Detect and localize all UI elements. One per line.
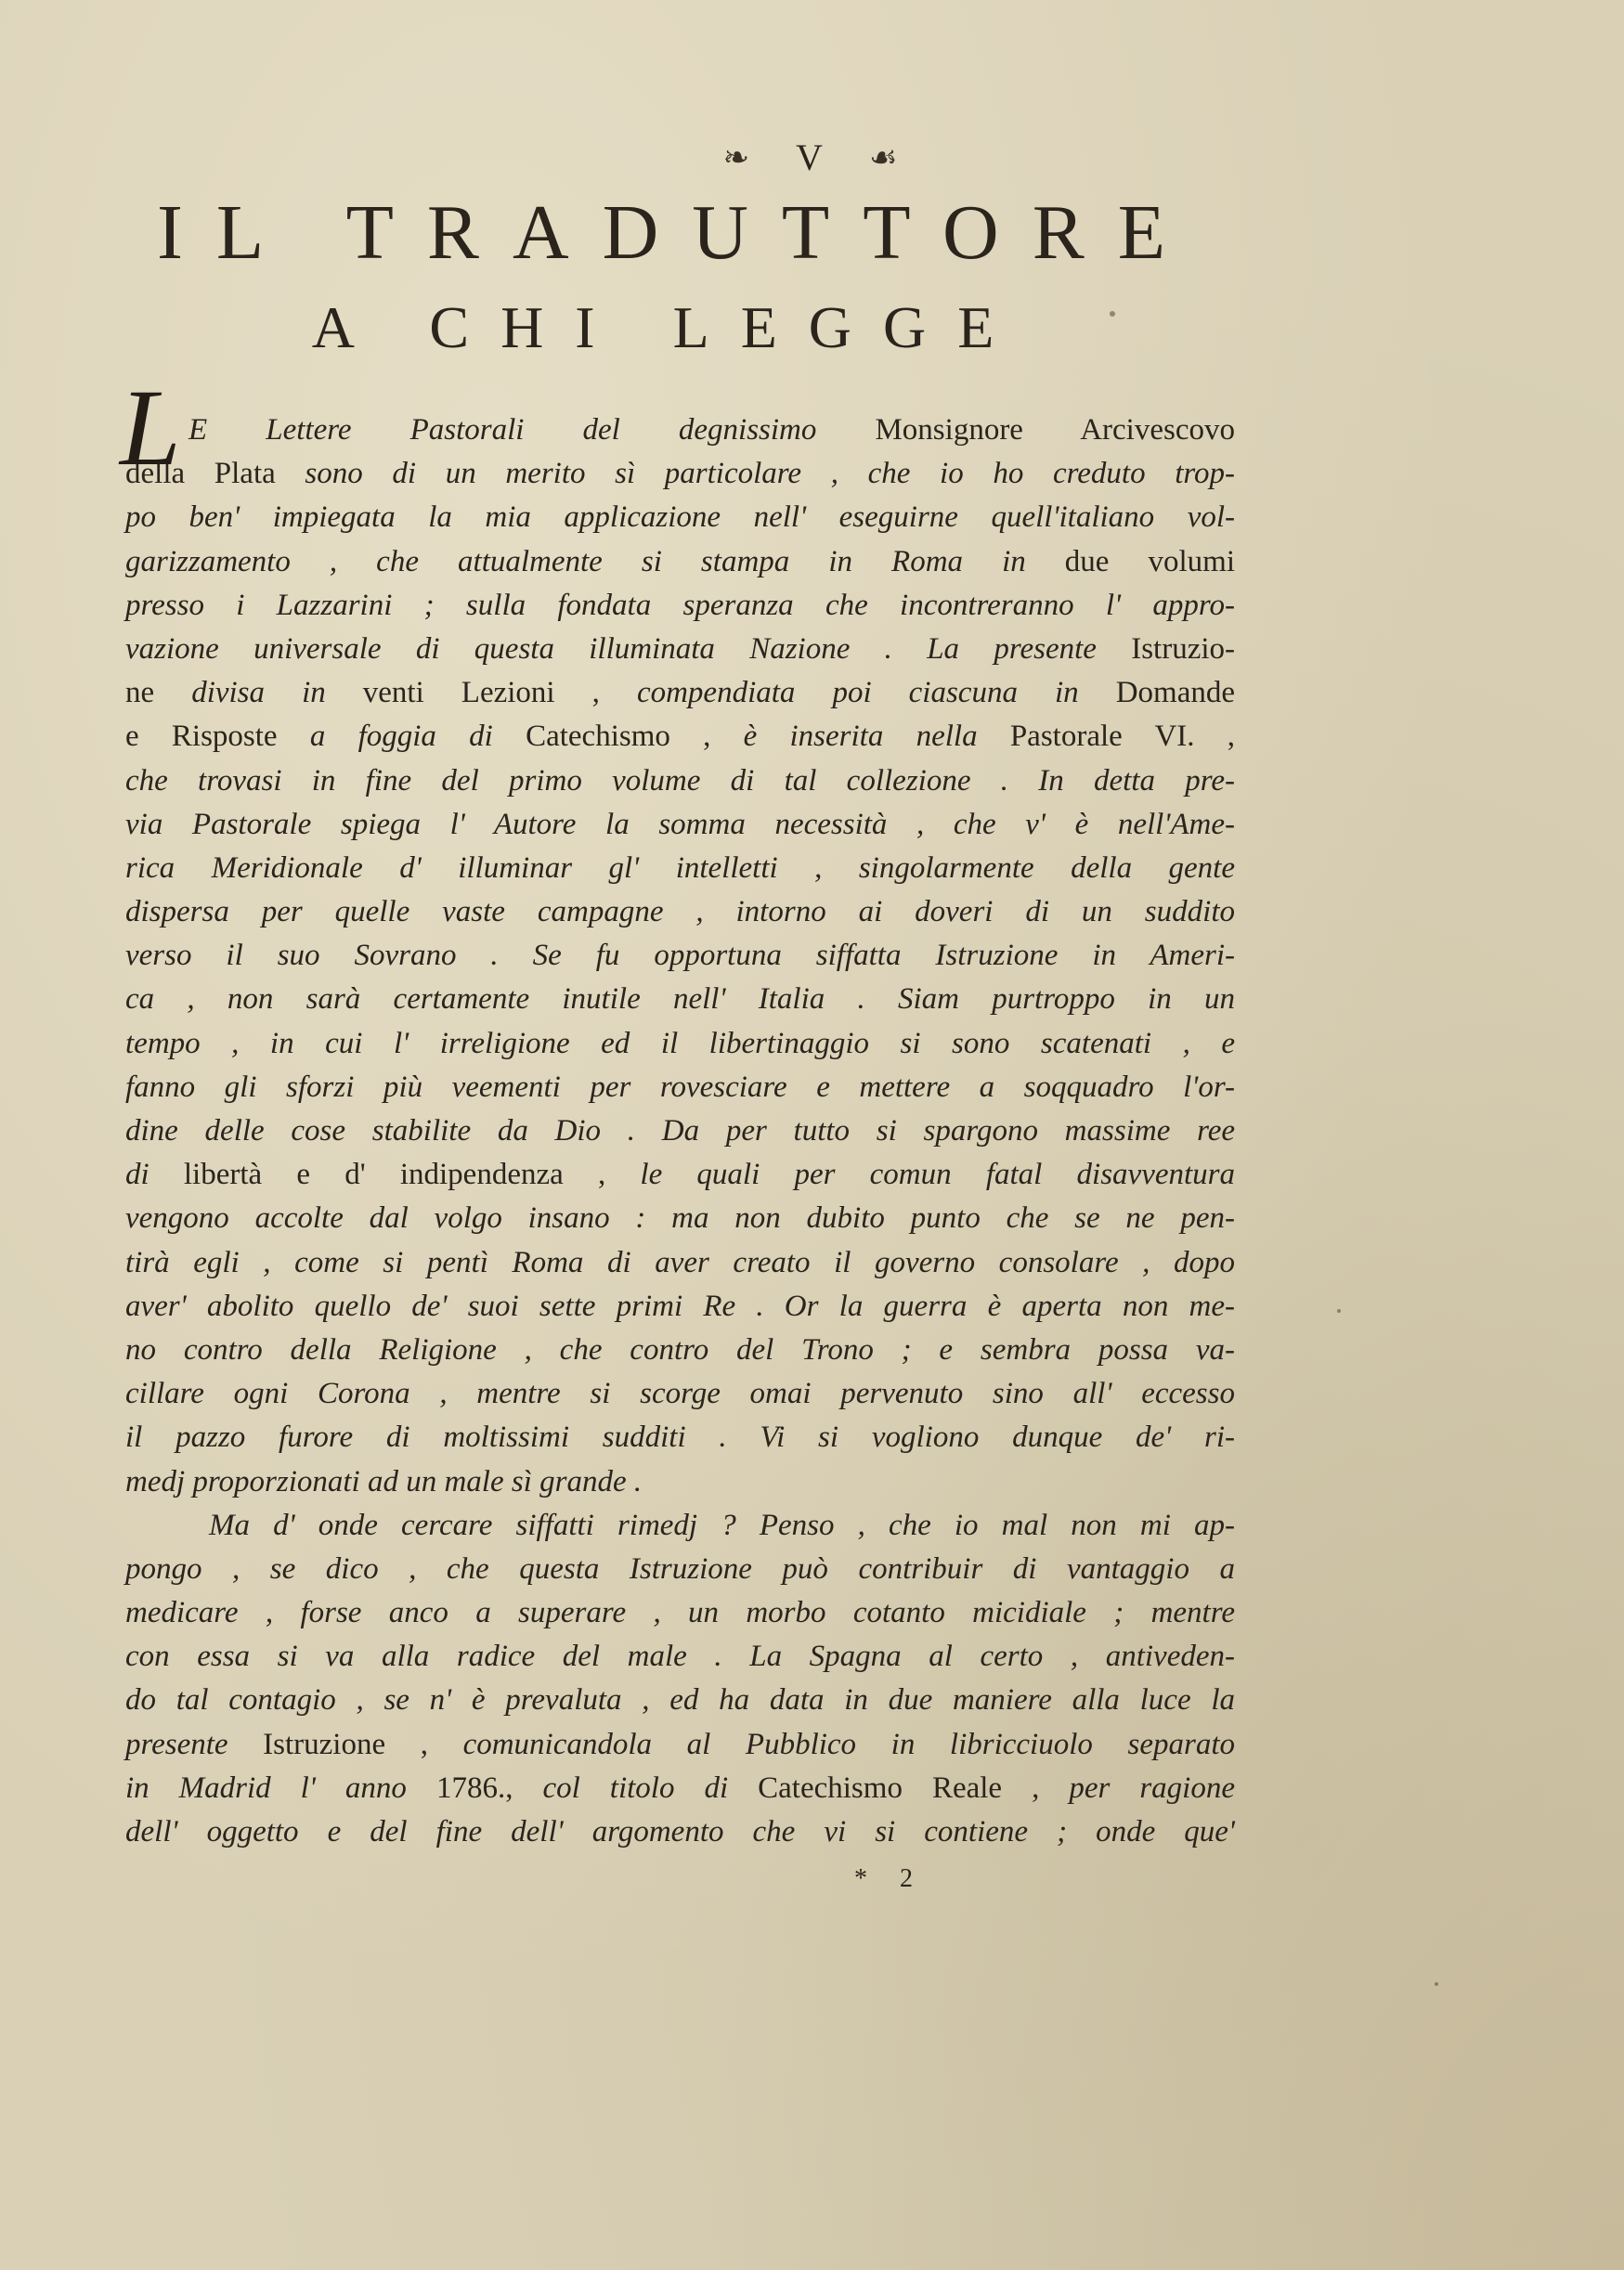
text-run: divisa in [191, 676, 363, 709]
text-run: Ma d' onde cercare siffatti rimedj ? Pen… [209, 1509, 1235, 1542]
text-run: comunicandola al Pubblico in libricciuol… [463, 1728, 1235, 1761]
text-run: Istruzione , [263, 1728, 462, 1761]
text-run: 1786., [436, 1771, 543, 1805]
text-run: e Risposte [125, 720, 310, 753]
text-line: tempo , in cui l' irreligione ed il libe… [125, 1022, 1235, 1066]
text-line: E Lettere Pastorali del degnissimo Monsi… [125, 409, 1235, 452]
text-run: Catechismo Reale , [758, 1771, 1069, 1805]
text-line: con essa si va alla radice del male . La… [125, 1635, 1235, 1679]
text-line: il pazzo furore di moltissimi sudditi . … [125, 1416, 1235, 1459]
text-line: po ben' impiegata la mia applicazione ne… [125, 496, 1235, 539]
text-run: medj proporzionati ad un male sì grande … [125, 1465, 642, 1498]
text-line: no contro della Religione , che contro d… [125, 1329, 1235, 1372]
text-run: compendiata poi ciascuna in [637, 676, 1116, 709]
text-run: due volumi [1065, 545, 1235, 578]
page-title: IL TRADUTTORE [139, 190, 1216, 276]
text-run: con essa si va alla radice del male . La… [125, 1640, 1235, 1673]
foxing-spot [1337, 1309, 1341, 1313]
text-run: di [125, 1158, 184, 1191]
text-line: e Risposte a foggia di Catechismo , è in… [125, 715, 1235, 759]
text-run: fanno gli sforzi più veementi per rovesc… [125, 1070, 1235, 1104]
text-run: po ben' impiegata la mia applicazione ne… [125, 500, 1235, 534]
foxing-spot [1110, 311, 1115, 317]
text-run: E Lettere Pastorali del degnissimo [188, 413, 875, 447]
text-line: do tal contagio , se n' è prevaluta , ed… [125, 1679, 1235, 1722]
text-run: che trovasi in fine del primo volume di … [125, 764, 1235, 798]
text-line: verso il suo Sovrano . Se fu opportuna s… [125, 934, 1235, 978]
text-run: via Pastorale spiega l' Autore la somma … [125, 808, 1235, 841]
text-line: cillare ogni Corona , mentre si scorge o… [125, 1372, 1235, 1416]
text-line: dispersa per quelle vaste campagne , int… [125, 890, 1235, 934]
text-line: presso i Lazzarini ; sulla fondata spera… [125, 584, 1235, 628]
text-run: presso i Lazzarini ; sulla fondata spera… [125, 589, 1235, 622]
text-line: rica Meridionale d' illuminar gl' intell… [125, 847, 1235, 890]
text-line: tirà egli , come si pentì Roma di aver c… [125, 1241, 1235, 1285]
floral-fleuron-left-icon: ❧ [723, 141, 754, 175]
text-run: a foggia di [310, 720, 526, 753]
drop-cap: L [120, 373, 181, 483]
text-run: garizzamento , che attualmente si stampa… [125, 545, 1065, 578]
body-text: L E Lettere Pastorali del degnissimo Mon… [125, 409, 1235, 1854]
text-line: della Plata sono di un merito sì partico… [125, 452, 1235, 496]
text-run: no contro della Religione , che contro d… [125, 1333, 1235, 1367]
text-run: ne [125, 676, 191, 709]
text-run: vengono accolte dal volgo insano : ma no… [125, 1201, 1235, 1235]
text-run: Istruzio- [1131, 632, 1235, 666]
text-line: ne divisa in venti Lezioni , compendiata… [125, 671, 1235, 715]
text-run: dine delle cose stabilite da Dio . Da pe… [125, 1114, 1235, 1148]
text-run: rica Meridionale d' illuminar gl' intell… [125, 851, 1235, 885]
text-run: do tal contagio , se n' è prevaluta , ed… [125, 1683, 1235, 1717]
text-line: pongo , se dico , che questa Istruzione … [125, 1548, 1235, 1591]
text-run: cillare ogni Corona , mentre si scorge o… [125, 1377, 1235, 1410]
text-line: aver' abolito quello de' suoi sette prim… [125, 1285, 1235, 1329]
page-subtitle: A CHI LEGGE [279, 295, 1059, 360]
text-run: venti Lezioni , [363, 676, 637, 709]
text-lines: E Lettere Pastorali del degnissimo Monsi… [125, 409, 1235, 1854]
text-line: ca , non sarà certamente inutile nell' I… [125, 978, 1235, 1021]
text-line: presente Istruzione , comunicandola al P… [125, 1723, 1235, 1767]
text-line: Ma d' onde cercare siffatti rimedj ? Pen… [125, 1504, 1235, 1548]
text-run: tempo , in cui l' irreligione ed il libe… [125, 1027, 1235, 1060]
text-line: vengono accolte dal volgo insano : ma no… [125, 1197, 1235, 1240]
floral-fleuron-right-icon: ☙ [869, 141, 901, 175]
text-run: è inserita nella [744, 720, 1010, 753]
text-run: vazione universale di questa illuminata … [125, 632, 1131, 666]
text-run: ca , non sarà certamente inutile nell' I… [125, 982, 1235, 1016]
text-run: Pastorale VI. , [1010, 720, 1235, 753]
page-number-roman: V [796, 136, 826, 178]
text-run: presente [125, 1728, 263, 1761]
text-run: col titolo di [542, 1771, 758, 1805]
text-run: dispersa per quelle vaste campagne , int… [125, 895, 1235, 928]
text-line: di libertà e d' indipendenza , le quali … [125, 1153, 1235, 1197]
text-run: il pazzo furore di moltissimi sudditi . … [125, 1420, 1235, 1454]
text-run: dell' oggetto e del fine dell' argomento… [125, 1815, 1235, 1848]
text-line: fanno gli sforzi più veementi per rovesc… [125, 1066, 1235, 1109]
text-run: Domande [1116, 676, 1235, 709]
text-line: dine delle cose stabilite da Dio . Da pe… [125, 1109, 1235, 1153]
text-run: verso il suo Sovrano . Se fu opportuna s… [125, 939, 1235, 972]
text-run: per ragione [1069, 1771, 1235, 1805]
printer-signature-mark: * 2 [854, 1864, 926, 1894]
text-run: tirà egli , come si pentì Roma di aver c… [125, 1246, 1235, 1279]
text-line: in Madrid l' anno 1786., col titolo di C… [125, 1767, 1235, 1810]
text-line: medj proporzionati ad un male sì grande … [125, 1460, 1235, 1504]
text-line: vazione universale di questa illuminata … [125, 628, 1235, 671]
text-run: Monsignore Arcivescovo [875, 413, 1235, 447]
text-line: medicare , forse anco a superare , un mo… [125, 1591, 1235, 1635]
text-run: aver' abolito quello de' suoi sette prim… [125, 1290, 1235, 1323]
text-run: medicare , forse anco a superare , un mo… [125, 1596, 1235, 1629]
text-line: garizzamento , che attualmente si stampa… [125, 540, 1235, 584]
text-run: le quali per comun fatal disavventura [640, 1158, 1235, 1191]
text-run: Catechismo , [526, 720, 744, 753]
text-line: dell' oggetto e del fine dell' argomento… [125, 1810, 1235, 1854]
text-line: via Pastorale spiega l' Autore la somma … [125, 803, 1235, 847]
page-header-ornament: ❧ V ☙ [0, 132, 1624, 179]
book-page: ❧ V ☙ IL TRADUTTORE A CHI LEGGE L E Lett… [0, 0, 1624, 2270]
foxing-spot [1435, 1982, 1438, 1986]
text-run: in Madrid l' anno [125, 1771, 436, 1805]
text-line: che trovasi in fine del primo volume di … [125, 759, 1235, 803]
text-run: pongo , se dico , che questa Istruzione … [125, 1552, 1235, 1586]
text-run: sono di un merito sì particolare , che i… [305, 457, 1235, 490]
text-run: libertà e d' indipendenza , [184, 1158, 641, 1191]
